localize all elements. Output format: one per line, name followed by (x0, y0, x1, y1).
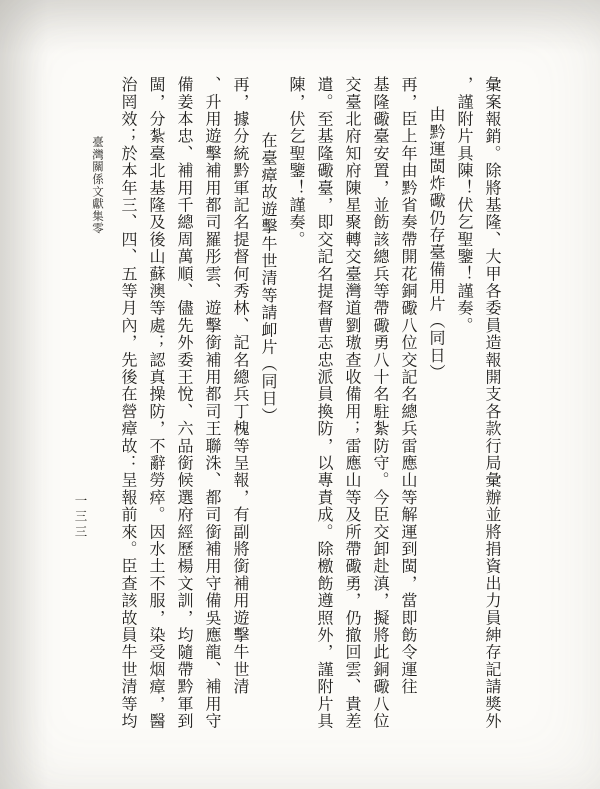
text-column-14: 治罔效；於本年三、四、五等月內，先後在營瘴故：呈報前來。臣查該故員牛世清等均 (114, 76, 142, 728)
text-column-13: 閩，分紮臺北基隆及後山蘇澳等處；認真操防，不辭勞瘁。因水土不服，染受烟瘴，醫 (142, 76, 170, 728)
section-heading-memorial-2: 在臺瘴故遊擊牛世清等請卹片（同日） (254, 76, 282, 728)
text-column-8: 陳，伏乞聖鑒！謹奏。 (282, 76, 310, 728)
text-column-10: 再，據分統黔軍記名提督何秀林、記名總兵丁槐等呈報，有副將銜補用遊擊牛世清 (226, 76, 254, 728)
text-column-4: 再，臣上年由黔省奏帶開花銅礮八位交記名總兵雷應山等解運到閩，當即飭令運往 (394, 76, 422, 728)
text-column-5: 基隆礮臺安置，並飭該總兵等帶礮勇八十名駐紮防守。今臣交卸赴滇，擬將此銅礮八位 (366, 76, 394, 728)
section-heading-memorial-1: 由黔運閩炸礮仍存臺備用片（同日） (422, 76, 450, 728)
text-column-12: 備姜本忠、補用千總周萬順、儘先外委王悅、六品銜候選府經歷楊文訓，均隨帶黔軍到 (170, 76, 198, 728)
text-column-1: 彙案報銷。除將基隆、大甲各委員造報開支各款行局彙辦並將捐資出力員紳存記請獎外 (478, 76, 506, 728)
book-title: 臺灣關係文獻集零 (90, 136, 106, 234)
text-column-7: 遣。至基隆礮臺，即交記名提督曹志忠派員換防，以專責成。除檄飭遵照外，謹附片具 (310, 76, 338, 728)
text-column-6: 交臺北府知府陳星聚轉交臺灣道劉璈查收備用；雷應山等及所帶礮勇，仍撤回雲、貴差 (338, 76, 366, 728)
page-number: 一三三 (71, 494, 89, 541)
scanned-document-page: 臺灣關係文獻集零 一三三 彙案報銷。除將基隆、大甲各委員造報開支各款行局彙辦並將… (0, 0, 600, 789)
text-block: 彙案報銷。除將基隆、大甲各委員造報開支各款行局彙辦並將捐資出力員紳存記請獎外 ，… (114, 76, 506, 728)
text-column-11: 、升用遊擊補用都司羅彤雲、遊擊銜補用都司王聯洙、都司銜補用守備吳應龍、補用守 (198, 76, 226, 728)
text-column-2: ，謹附片具陳！伏乞聖鑒！謹奏。 (450, 76, 478, 728)
